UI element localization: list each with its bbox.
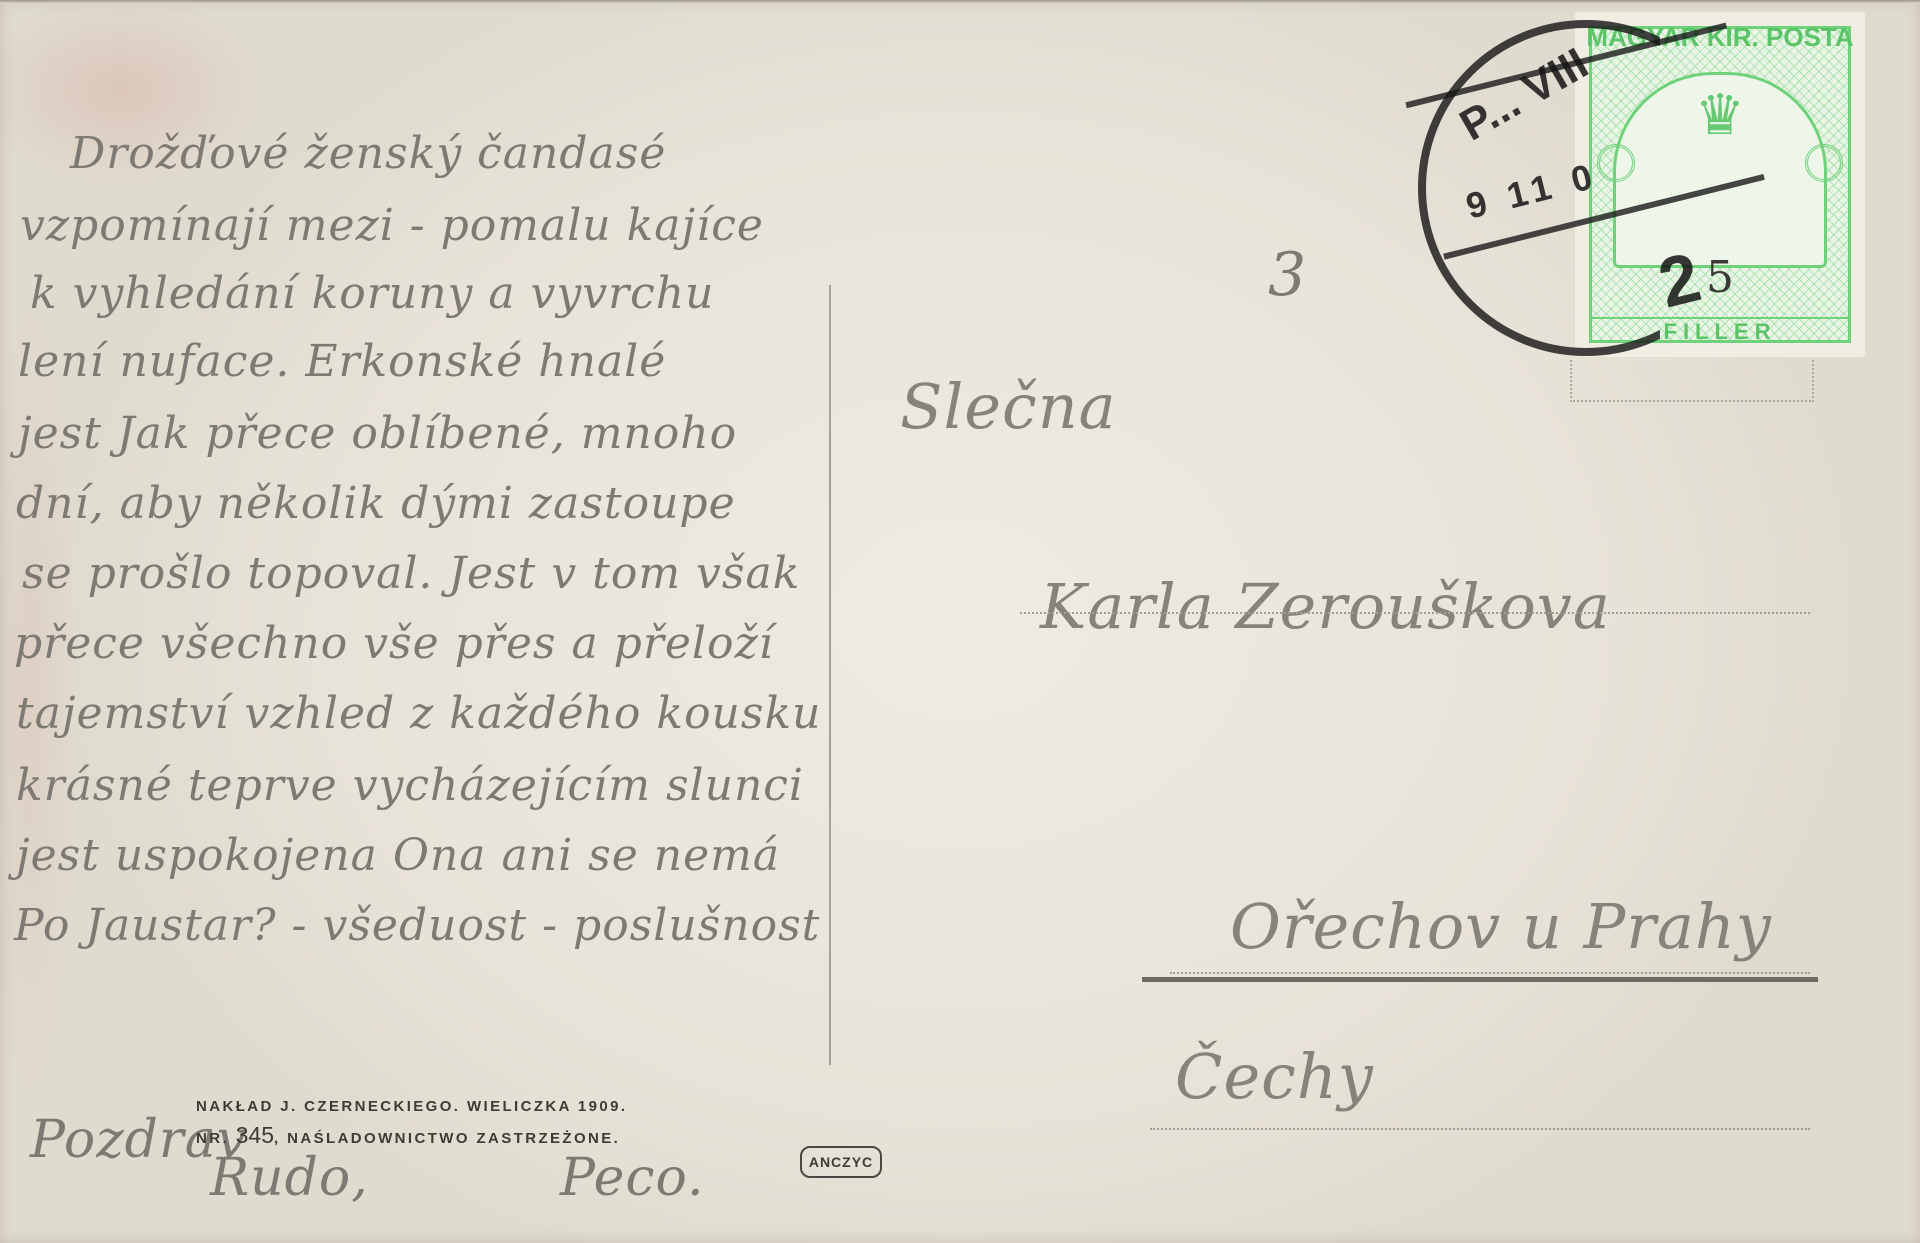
message-line: vzpomínají mezi - pomalu kajíce	[20, 200, 764, 251]
address-underline	[1142, 977, 1818, 982]
address-region: Čechy	[1175, 1040, 1374, 1113]
stamp-value: 5	[1706, 252, 1734, 303]
message-line: tajemství vzhled z každého kousku	[16, 688, 821, 739]
address-line	[1020, 612, 1810, 614]
copyright-notice: NAŚLADOWNICTWO ZASTRZEŻONE.	[287, 1130, 620, 1147]
message-signature: Rudo,	[210, 1148, 369, 1208]
message-line: Po Jaustar? - všeduost - poslušnost	[14, 900, 820, 951]
printer-logo: ANCZYC	[800, 1146, 882, 1178]
stamp-placement-box	[1570, 360, 1814, 402]
message-line: jest uspokojena Ona ani se nemá	[16, 830, 780, 881]
message-line: k vyhledání koruny a vyvrchu	[30, 268, 714, 319]
card-edge	[0, 0, 1920, 4]
message-signature: Peco.	[560, 1148, 704, 1208]
publisher-imprint: NAKŁAD J. CZERNECKIEGO. WIELICZKA 1909.	[196, 1098, 627, 1115]
message-line: jest Jak přece oblíbené, mnoho	[18, 408, 737, 459]
address-salutation: Slečna	[900, 370, 1117, 443]
postcard: Drožďové ženský čandasé vzpomínají mezi …	[0, 0, 1920, 1243]
message-line: lení nuface. Erkonské hnalé	[18, 336, 666, 387]
address-line	[1170, 972, 1810, 974]
message-line: Drožďové ženský čandasé	[70, 128, 666, 179]
message-line: přece všechno vše přes a přeloží	[14, 618, 774, 669]
message-line: se prošlo topoval. Jest v tom však	[22, 548, 800, 599]
address-town: Ořechov u Prahy	[1230, 890, 1772, 963]
address-note: 3	[1268, 240, 1307, 310]
series-nr-label: NR.	[196, 1130, 229, 1147]
card-divider	[829, 285, 831, 1065]
stamp-rosette-icon	[1805, 144, 1843, 182]
series-imprint: NR. 345, NAŚLADOWNICTWO ZASTRZEŻONE.	[196, 1122, 620, 1149]
message-line: dní, aby několik dými zastoupe	[16, 478, 736, 529]
message-line: krásné teprve vycházejícím slunci	[16, 760, 804, 811]
address-name: Karla Zerouškova	[1040, 570, 1611, 643]
series-number: 345	[236, 1122, 274, 1148]
address-line	[1150, 1128, 1810, 1130]
